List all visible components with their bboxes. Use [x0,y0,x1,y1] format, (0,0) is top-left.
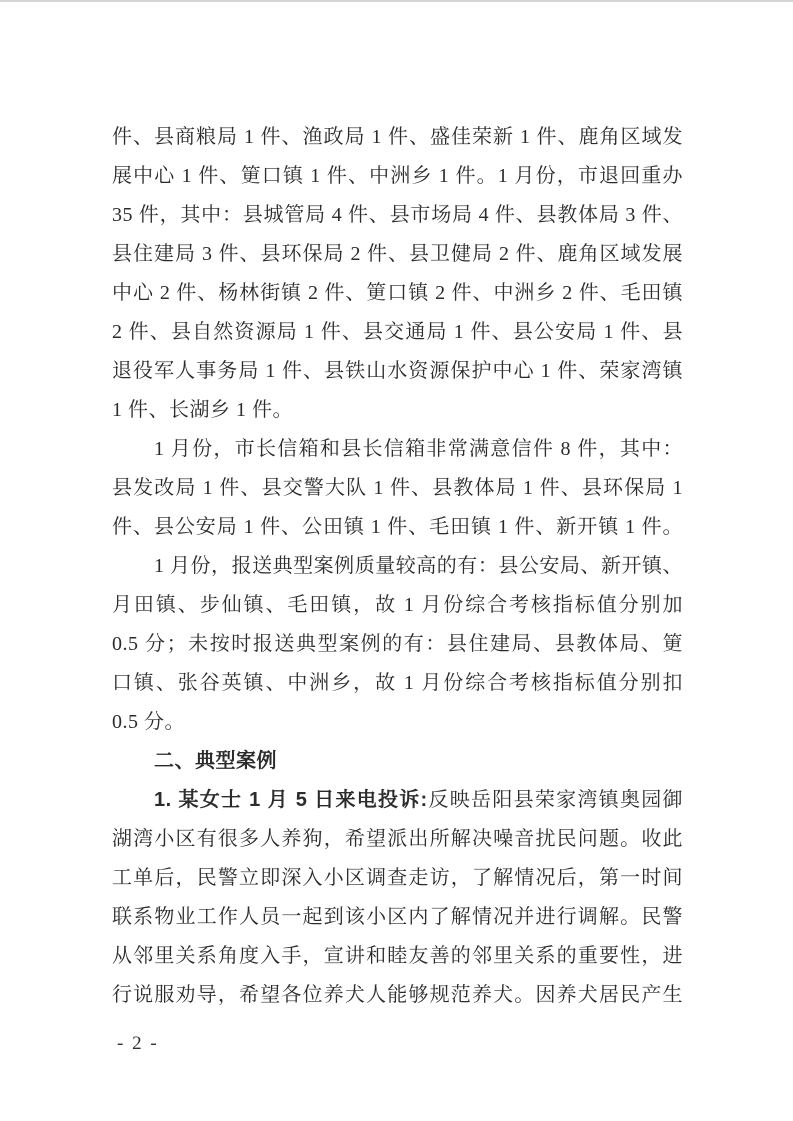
doc-line-text: 0.5 分；未按时报送典型案例的有：县住建局、县教体局、筻 [112,633,683,655]
doc-line: 2 件、县自然资源局 1 件、县交通局 1 件、县公安局 1 件、县 [112,313,683,352]
section-heading-text: 二、典型案例 [154,750,277,772]
doc-line-text: 月田镇、步仙镇、毛田镇，故 1 月份综合考核指标值分别加 [112,594,683,616]
doc-line-text: 退役军人事务局 1 件、县铁山水资源保护中心 1 件、荣家湾镇 [112,360,683,382]
doc-line: 件、县商粮局 1 件、渔政局 1 件、盛佳荣新 1 件、鹿角区域发 [112,118,683,157]
doc-line-text: 行说服劝导，希望各位养犬人能够规范养犬。因养犬居民产生 [112,984,683,1006]
doc-line-text: 展中心 1 件、筻口镇 1 件、中洲乡 1 件。1 月份，市退回重办 [112,165,683,187]
doc-line-text: 工单后，民警立即深入小区调查走访，了解情况后，第一时间 [112,867,683,889]
case-lead-bold-text: 1. 某女士 1 月 5 日来电投诉: [154,789,428,811]
doc-line: 行说服劝导，希望各位养犬人能够规范养犬。因养犬居民产生 [112,976,683,1015]
doc-line-paragraph-start: 1. 某女士 1 月 5 日来电投诉:反映岳阳县荣家湾镇奥园御 [112,781,683,820]
doc-line-text: 县发改局 1 件、县交警大队 1 件、县教体局 1 件、县环保局 1 [112,477,683,499]
doc-line-text: 1 月份，市长信箱和县长信箱非常满意信件 8 件，其中： [154,438,683,460]
doc-line: 县发改局 1 件、县交警大队 1 件、县教体局 1 件、县环保局 1 [112,469,683,508]
doc-line: 月田镇、步仙镇、毛田镇，故 1 月份综合考核指标值分别加 [112,586,683,625]
doc-line-paragraph-start: 1 月份，市长信箱和县长信箱非常满意信件 8 件，其中： [112,430,683,469]
doc-line: 中心 2 件、杨林街镇 2 件、筻口镇 2 件、中洲乡 2 件、毛田镇 [112,274,683,313]
doc-line: 退役军人事务局 1 件、县铁山水资源保护中心 1 件、荣家湾镇 [112,352,683,391]
doc-line-text: 中心 2 件、杨林街镇 2 件、筻口镇 2 件、中洲乡 2 件、毛田镇 [112,282,683,304]
doc-line-paragraph-start: 1 月份，报送典型案例质量较高的有：县公安局、新开镇、 [112,547,683,586]
doc-line: 工单后，民警立即深入小区调查走访，了解情况后，第一时间 [112,859,683,898]
doc-line: 口镇、张谷英镇、中洲乡，故 1 月份综合考核指标值分别扣 [112,664,683,703]
scan-edge-artifact [0,0,793,2]
doc-line-text: 2 件、县自然资源局 1 件、县交通局 1 件、县公安局 1 件、县 [112,321,683,343]
doc-line-paragraph-end: 1 件、长湖乡 1 件。 [112,391,683,430]
doc-line: 件、县公安局 1 件、公田镇 1 件、毛田镇 1 件、新开镇 1 件。 [112,508,683,547]
doc-line: 联系物业工作人员一起到该小区内了解情况并进行调解。民警 [112,898,683,937]
doc-line-text: 件、县商粮局 1 件、渔政局 1 件、盛佳荣新 1 件、鹿角区域发 [112,126,683,148]
page-number: - 2 - [117,1033,159,1055]
document-page: 件、县商粮局 1 件、渔政局 1 件、盛佳荣新 1 件、鹿角区域发 展中心 1 … [0,0,793,1121]
doc-line-text: 35 件，其中：县城管局 4 件、县市场局 4 件、县教体局 3 件、 [112,204,683,226]
doc-line: 从邻里关系角度入手，宣讲和睦友善的邻里关系的重要性，进 [112,937,683,976]
doc-line-paragraph-end: 0.5 分。 [112,703,683,742]
doc-line: 35 件，其中：县城管局 4 件、县市场局 4 件、县教体局 3 件、 [112,196,683,235]
doc-line: 湖湾小区有很多人养狗，希望派出所解决噪音扰民问题。收此 [112,820,683,859]
doc-line-text: 1 件、长湖乡 1 件。 [112,399,293,421]
doc-line-text: 口镇、张谷英镇、中洲乡，故 1 月份综合考核指标值分别扣 [112,672,683,694]
doc-line-text: 件、县公安局 1 件、公田镇 1 件、毛田镇 1 件、新开镇 1 件。 [112,516,683,538]
doc-line: 县住建局 3 件、县环保局 2 件、县卫健局 2 件、鹿角区域发展 [112,235,683,274]
doc-line-text: 从邻里关系角度入手，宣讲和睦友善的邻里关系的重要性，进 [112,945,683,967]
doc-line-text: 县住建局 3 件、县环保局 2 件、县卫健局 2 件、鹿角区域发展 [112,243,683,265]
doc-line: 0.5 分；未按时报送典型案例的有：县住建局、县教体局、筻 [112,625,683,664]
doc-line: 展中心 1 件、筻口镇 1 件、中洲乡 1 件。1 月份，市退回重办 [112,157,683,196]
doc-line-text: 1 月份，报送典型案例质量较高的有：县公安局、新开镇、 [154,555,683,577]
doc-line-text: 0.5 分。 [112,711,185,733]
doc-line-text: 反映岳阳县荣家湾镇奥园御 [428,789,683,811]
doc-line-text: 联系物业工作人员一起到该小区内了解情况并进行调解。民警 [112,906,683,928]
document-body: 件、县商粮局 1 件、渔政局 1 件、盛佳荣新 1 件、鹿角区域发 展中心 1 … [112,118,683,1015]
doc-line-text: 湖湾小区有很多人养狗，希望派出所解决噪音扰民问题。收此 [112,828,683,850]
section-heading: 二、典型案例 [112,742,683,781]
